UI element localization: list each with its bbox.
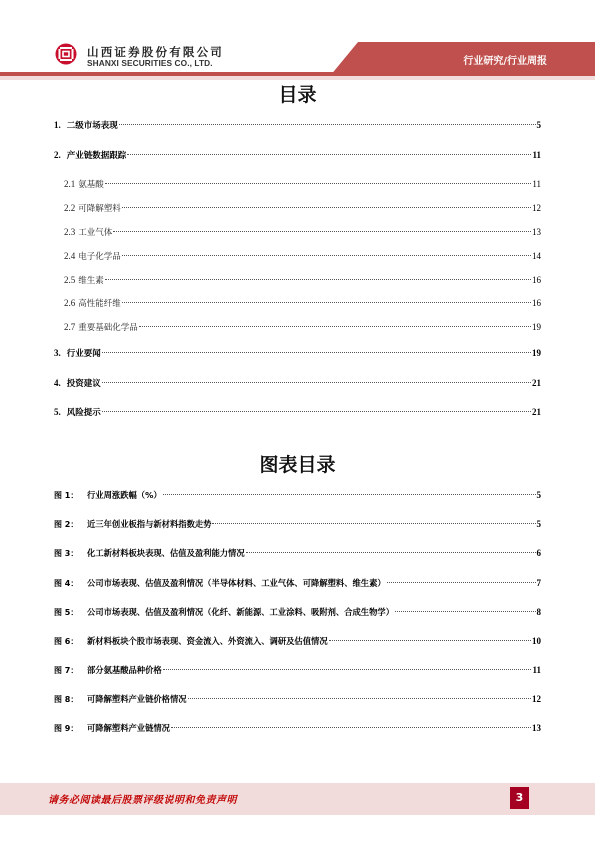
dot-leader [122,255,531,256]
figure-label: 新材料板块个股市场表现、资金流入、外资流入、调研及估值情况 [87,634,328,648]
toc-item-number: 5. [54,405,61,419]
dot-leader [163,494,536,495]
toc-subitem[interactable]: 2.3 工业气体 13 [64,225,541,239]
toc-item-label: 投资建议 [67,377,101,391]
dot-leader [127,154,531,155]
toc-item[interactable]: 1. 二级市场表现 5 [54,118,541,132]
figure-list-item[interactable]: 图 6： 新材料板块个股市场表现、资金流入、外资流入、调研及估值情况 10 [54,634,541,648]
dot-leader [139,326,531,327]
figure-number: 图 8： [54,693,87,707]
figure-page: 5 [537,488,542,502]
toc-item-label: 氨基酸 [78,178,104,192]
toc-title: 目录 [0,80,595,107]
figure-number: 图 5： [54,606,87,620]
toc-item[interactable]: 2. 产业链数据跟踪 11 [54,148,541,162]
toc-item-number: 2. [54,148,61,162]
figure-list-item[interactable]: 图 8： 可降解塑料产业链价格情况 12 [54,692,541,706]
figures-title: 图表目录 [0,450,595,477]
dot-leader [387,582,536,583]
figure-label: 公司市场表现、估值及盈利情况（化纤、新能源、工业涂料、吸附剂、合成生物学） [87,605,394,619]
toc-item-label: 电子化学品 [78,250,121,264]
dot-leader [212,523,535,524]
figure-page: 8 [537,605,542,619]
dot-leader [395,611,536,612]
dot-leader [102,382,531,383]
toc-subitem[interactable]: 2.1 氨基酸 11 [64,177,541,191]
toc-item-label: 可降解塑料 [78,202,121,216]
dot-leader [171,727,531,728]
toc-item-number: 2.5 [64,273,75,287]
figure-list-item[interactable]: 图 9： 可降解塑料产业链情况 13 [54,721,541,735]
figure-list-item[interactable]: 图 1： 行业周涨跌幅（%） 5 [54,488,541,502]
toc-item-page: 11 [532,177,541,191]
toc-item-number: 2.6 [64,296,75,310]
toc-item[interactable]: 4. 投资建议 21 [54,376,541,390]
toc-item-label: 重要基础化学品 [78,321,138,335]
toc-item-page: 21 [532,376,541,390]
figure-label: 公司市场表现、估值及盈利情况（半导体材料、工业气体、可降解塑料、维生素） [87,576,386,590]
toc-item-page: 13 [532,225,541,239]
dot-leader [246,552,536,553]
dot-leader [122,207,531,208]
dot-leader [188,698,531,699]
dot-leader [122,302,531,303]
figure-list-item[interactable]: 图 2： 近三年创业板指与新材料指数走势 5 [54,517,541,531]
toc-subitem[interactable]: 2.4 电子化学品 14 [64,249,541,263]
figure-label: 部分氨基酸品种价格 [87,663,162,677]
dot-leader [105,279,531,280]
toc-item-number: 2.7 [64,320,75,334]
toc-subitem[interactable]: 2.2 可降解塑料 12 [64,201,541,215]
dot-leader [102,411,531,412]
figure-number: 图 7： [54,664,87,678]
toc-item-label: 维生素 [78,274,104,288]
dot-leader [113,231,531,232]
toc-item-page: 19 [532,346,541,360]
toc-item-page: 14 [532,249,541,263]
figure-label: 化工新材料板块表现、估值及盈利能力情况 [87,546,245,560]
toc-item[interactable]: 5. 风险提示 21 [54,405,541,419]
toc-item-label: 风险提示 [67,406,101,420]
toc-item-number: 4. [54,376,61,390]
toc-item-page: 16 [532,273,541,287]
figure-page: 13 [532,721,541,735]
toc-item-label: 二级市场表现 [67,119,118,133]
toc-item-page: 19 [532,320,541,334]
page-number-badge: 3 [510,787,529,809]
figure-number: 图 1： [54,489,87,503]
page-header: 山西证券股份有限公司 SHANXI SECURITIES CO., LTD. 行… [0,0,595,82]
figure-page: 12 [532,692,541,706]
figure-label: 近三年创业板指与新材料指数走势 [87,517,211,531]
toc-item-label: 高性能纤维 [78,297,121,311]
toc-subitem[interactable]: 2.6 高性能纤维 16 [64,296,541,310]
figure-list-item[interactable]: 图 5： 公司市场表现、估值及盈利情况（化纤、新能源、工业涂料、吸附剂、合成生物… [54,605,541,619]
toc-subitem[interactable]: 2.7 重要基础化学品 19 [64,320,541,334]
dot-leader [119,124,536,125]
figure-list-item[interactable]: 图 7： 部分氨基酸品种价格 11 [54,663,541,677]
figure-page: 7 [537,576,542,590]
toc-item-label: 工业气体 [78,226,112,240]
toc-subitem[interactable]: 2.5 维生素 16 [64,273,541,287]
toc-item-number: 1. [54,118,61,132]
toc-item[interactable]: 3. 行业要闻 19 [54,346,541,360]
figure-label: 行业周涨跌幅（%） [87,488,162,502]
figure-list-item[interactable]: 图 3： 化工新材料板块表现、估值及盈利能力情况 6 [54,546,541,560]
toc-item-number: 3. [54,346,61,360]
dot-leader [329,640,531,641]
dot-leader [102,352,531,353]
figure-number: 图 9： [54,722,87,736]
report-type-label: 行业研究/行业周报 [463,52,547,67]
figure-label: 可降解塑料产业链情况 [87,721,170,735]
toc-item-page: 21 [532,405,541,419]
figure-number: 图 3： [54,547,87,561]
dot-leader [105,183,532,184]
figure-page: 10 [532,634,541,648]
figure-number: 图 2： [54,518,87,532]
figure-page: 11 [532,663,541,677]
toc-item-number: 2.3 [64,225,75,239]
disclaimer-text: 请务必阅读最后股票评级说明和免责声明 [48,791,237,806]
toc-item-label: 行业要闻 [67,347,101,361]
toc-item-page: 16 [532,296,541,310]
toc-item-page: 5 [537,118,542,132]
figure-number: 图 6： [54,635,87,649]
toc-item-number: 2.1 [64,177,75,191]
toc-item-number: 2.4 [64,249,75,263]
figure-number: 图 4： [54,577,87,591]
toc-item-number: 2.2 [64,201,75,215]
toc-item-label: 产业链数据跟踪 [67,149,127,163]
figure-label: 可降解塑料产业链价格情况 [87,692,187,706]
toc-item-page: 12 [532,201,541,215]
figure-page: 6 [537,546,542,560]
figure-list-item[interactable]: 图 4： 公司市场表现、估值及盈利情况（半导体材料、工业气体、可降解塑料、维生素… [54,576,541,590]
dot-leader [163,669,532,670]
toc-item-page: 11 [532,148,541,162]
figure-page: 5 [537,517,542,531]
